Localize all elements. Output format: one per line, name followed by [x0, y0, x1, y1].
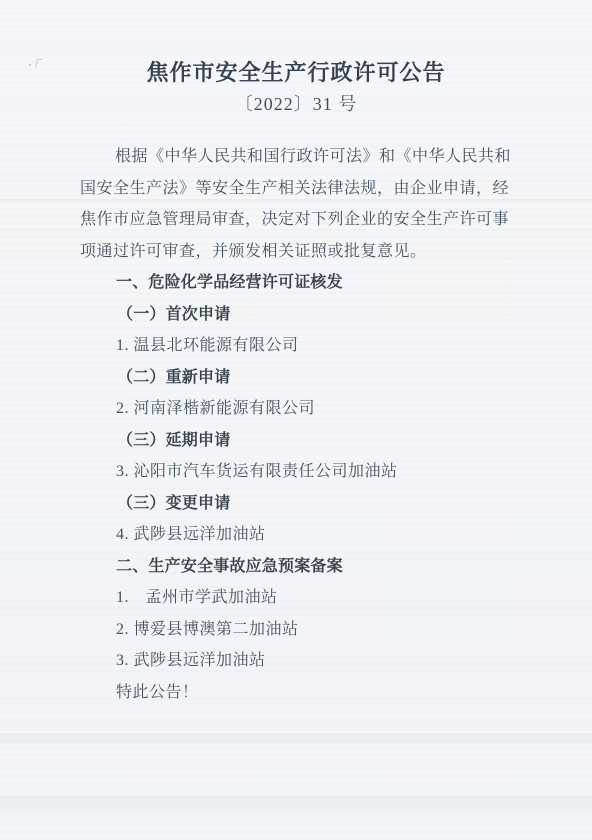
closing-statement: 特此公告！: [80, 677, 512, 709]
scan-artifact-band: [0, 733, 592, 743]
subsection-label-reapplication: （二）重新申请: [80, 362, 512, 394]
intro-paragraph-line: 焦作市应急管理局审查，决定对下列企业的安全生产许可事: [80, 204, 512, 236]
list-item-company: 3. 武陟县远洋加油站: [80, 645, 512, 677]
subsection-label-first-application: （一）首次申请: [80, 299, 512, 331]
scanned-document-page: 焦作市安全生产行政许可公告 〔2022〕31 号 根据《中华人民共和国行政许可法…: [0, 0, 592, 840]
document-body: 根据《中华人民共和国行政许可法》和《中华人民共和 国安全生产法》等安全生产相关法…: [80, 141, 512, 708]
subsection-label-extension-application: （三）延期申请: [80, 425, 512, 457]
scan-speck-dot: [29, 64, 31, 66]
document-number: 〔2022〕31 号: [0, 91, 592, 117]
subsection-label-change-application: （三）变更申请: [80, 488, 512, 520]
list-item-company: 1. 温县北环能源有限公司: [80, 330, 512, 362]
section-2-heading: 二、生产安全事故应急预案备案: [80, 551, 512, 583]
list-item-company: 1. 孟州市学武加油站: [80, 582, 512, 614]
list-item-company: 2. 河南泽楷新能源有限公司: [80, 393, 512, 425]
intro-paragraph-line: 根据《中华人民共和国行政许可法》和《中华人民共和: [80, 141, 512, 173]
list-item-company: 3. 沁阳市汽车货运有限责任公司加油站: [80, 456, 512, 488]
document-title: 焦作市安全生产行政许可公告: [0, 0, 592, 89]
intro-paragraph-line: 项通过许可审查，并颁发相关证照或批复意见。: [80, 236, 512, 268]
section-1-heading: 一、危险化学品经营许可证核发: [80, 267, 512, 299]
list-item-company: 2. 博爱县博澳第二加油站: [80, 614, 512, 646]
scan-artifact-band: [0, 795, 592, 809]
list-item-company: 4. 武陟县远洋加油站: [80, 519, 512, 551]
scan-artifact-line: [0, 199, 592, 201]
